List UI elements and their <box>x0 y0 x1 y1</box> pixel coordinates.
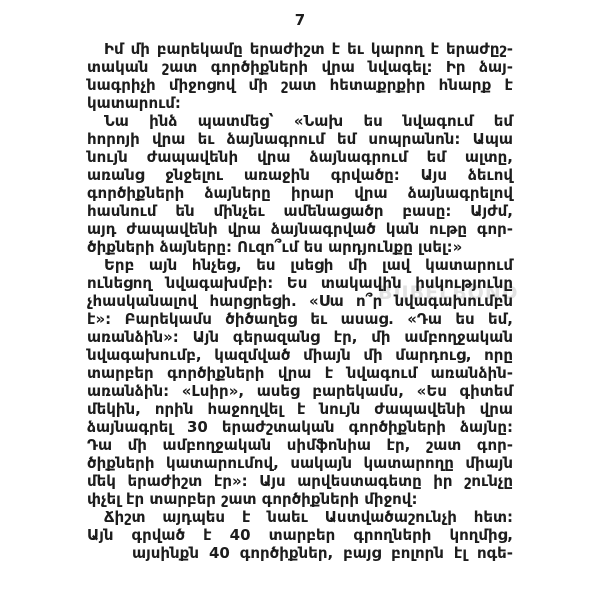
text-line: այդ ժապավենի վրա ձայնագրված կան ութը գոր… <box>87 220 513 238</box>
text-line: ծիքների ձայները: Ուզո՞ւմ ես արդյունքը լս… <box>87 238 513 256</box>
text-line: կատարում: <box>87 94 513 112</box>
text-line: է»: Բարեկամս ծիծաղեց եւ ասաց. «Դա ես եմ, <box>87 310 513 328</box>
text-line: Այն գրված է 40 տարբեր գրողների կողմից, <box>87 526 513 544</box>
text-line: ծիքների կատարումով, սակայն կատարողը միայ… <box>87 454 513 472</box>
text-line: Իմ մի բարեկամը երաժիշտ է եւ կարող է երաժ… <box>87 40 513 58</box>
text-line: նվագախումբ, կազմված միայն մի մարդուց, որ… <box>87 346 513 364</box>
text-line: մեկ երաժիշտ էր»: Այս արվեստագետը իր շուն… <box>87 472 513 490</box>
page-text-block: Իմ մի բարեկամը երաժիշտ է եւ կարող է երաժ… <box>87 40 513 562</box>
text-line: Նա ինձ պատմեց՝ «Նախ ես նվագում եմ <box>87 112 513 130</box>
text-line: տական շատ գործիքների վրա նվագել: Իր ձայ- <box>87 58 513 76</box>
page-number: 7 <box>0 11 600 29</box>
text-line: առանձին: «Լսիր», ասեց բարեկամս, «Ես գիտե… <box>87 382 513 400</box>
text-line: առանձին»: Այն գերազանց էր, մի ամբողջական <box>87 328 513 346</box>
text-line: փչել էր տարբեր շատ գործիքների միջով: <box>87 490 513 508</box>
text-line: ձայնագրել 30 երաժշտական գործիքների ձայնը… <box>87 418 513 436</box>
text-line: Երբ այն հնչեց, ես լսեցի մի լավ կատարում <box>87 256 513 274</box>
text-line: հորոյի վրա եւ ձայնագրում եմ սոպրանոն: Ապ… <box>87 130 513 148</box>
text-line: Դա մի ամբողջական սիմֆոնիա էր, շատ գոր- <box>87 436 513 454</box>
text-line: առանց ջնջելու առաջին գրվածը: Այս ձեւով <box>87 166 513 184</box>
book-page: 7 BIJBELBOND Իմ մի բարեկամը երաժիշտ է եւ… <box>0 0 600 600</box>
text-line: հասնում են մինչեւ ամենացածր բասը: Այժմ, <box>87 202 513 220</box>
text-line: տարբեր գործիքների վրա է նվագում առանձին- <box>87 364 513 382</box>
text-line: մեկին, որին հաջողվել է նույն ժապավենի վր… <box>87 400 513 418</box>
text-line: նույն ժապավենի վրա ձայնագրում եմ ալտը, <box>87 148 513 166</box>
text-line: այսինքն 40 գործիքներ, բայց բոլորն էլ ոգե… <box>87 544 513 562</box>
text-line: նագրիչի միջոցով մի շատ հետաքրքիր հնարք է <box>87 76 513 94</box>
text-line: չհասկանալով հարցրեցի. «Սա ո՞ր նվագախումբ… <box>87 292 513 310</box>
text-line: ունեցող նվագախմբի: Ես տակավին իսկություն… <box>87 274 513 292</box>
text-line: գործիքների ձայները իրար վրա ձայնագրելով <box>87 184 513 202</box>
text-line: Ճիշտ այդպես է նաեւ Աստվածաշունչի հետ: <box>87 508 513 526</box>
